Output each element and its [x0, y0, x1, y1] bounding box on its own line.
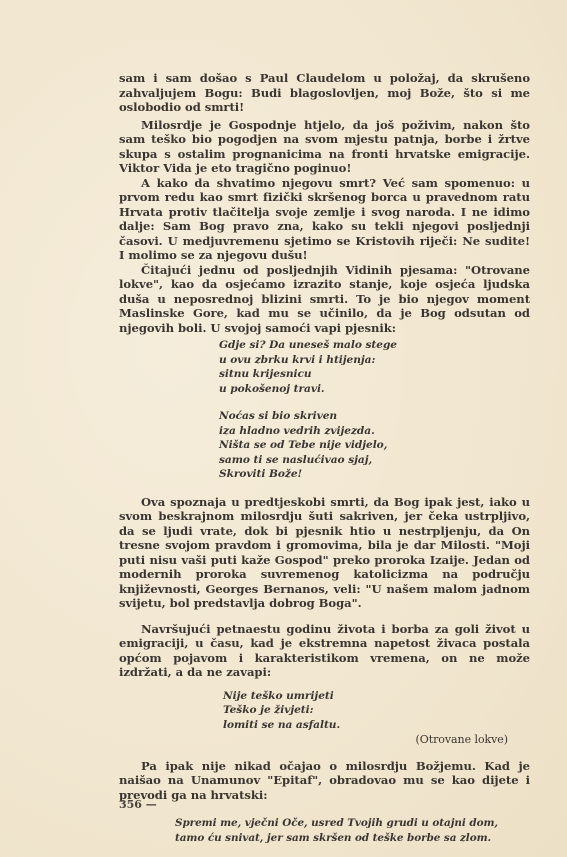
poem-line: Spremi me, vječni Oče, usred Tvojih grud… [175, 816, 530, 831]
poem-line: Skroviti Bože! [219, 467, 530, 482]
poem-line: Teško je živjeti: [223, 703, 530, 718]
paragraph: Milosrdje je Gospodnje htjelo, da još po… [119, 118, 530, 176]
poem-line: iza hladno vedrih zvijezda. [219, 424, 530, 439]
poem-attribution: (Otrovane lokve) [119, 733, 530, 748]
poem-quote-1: Gdje si? Da uneseš malo stege u ovu zbrk… [119, 338, 530, 482]
paragraph: Čitajući jednu od posljednjih Vidinih pj… [119, 263, 530, 336]
paragraph: Navršujući petnaestu godinu života i bor… [119, 622, 530, 680]
poem-quote-2: Nije teško umrijeti Teško je živjeti: lo… [119, 689, 530, 733]
poem-line: lomiti se na asfaltu. [223, 718, 530, 733]
poem-line: Noćas si bio skriven [219, 409, 530, 424]
paragraph-continued: sam i sam došao s Paul Claudelom u polož… [119, 71, 530, 115]
book-page-text: sam i sam došao s Paul Claudelom u polož… [119, 71, 530, 845]
poem-line: tamo ću snivat, jer sam skršen od teške … [175, 831, 530, 846]
poem-stanza: Noćas si bio skriven iza hladno vedrih z… [219, 409, 530, 482]
poem-line: sitnu krijesnicu [219, 367, 530, 382]
page-number: 356 — [119, 798, 157, 811]
poem-line: u pokošenoj travi. [219, 382, 530, 397]
poem-line: samo ti se naslućivao sjaj, [219, 453, 530, 468]
poem-line: Gdje si? Da uneseš malo stege [219, 338, 530, 353]
poem-line: Nije teško umrijeti [223, 689, 530, 704]
poem-line: Ništa se od Tebe nije vidjelo, [219, 438, 530, 453]
paragraph: Pa ipak nije nikad očajao o milosrdju Bo… [119, 759, 530, 803]
paragraph: A kako da shvatimo njegovu smrt? Već sam… [119, 176, 530, 263]
poem-stanza: Gdje si? Da uneseš malo stege u ovu zbrk… [219, 338, 530, 396]
poem-line: u ovu zbrku krvi i htijenja: [219, 353, 530, 368]
paragraph: Ova spoznaja u predtjeskobi smrti, da Bo… [119, 495, 530, 611]
poem-quote-3: Spremi me, vječni Oče, usred Tvojih grud… [119, 816, 530, 845]
